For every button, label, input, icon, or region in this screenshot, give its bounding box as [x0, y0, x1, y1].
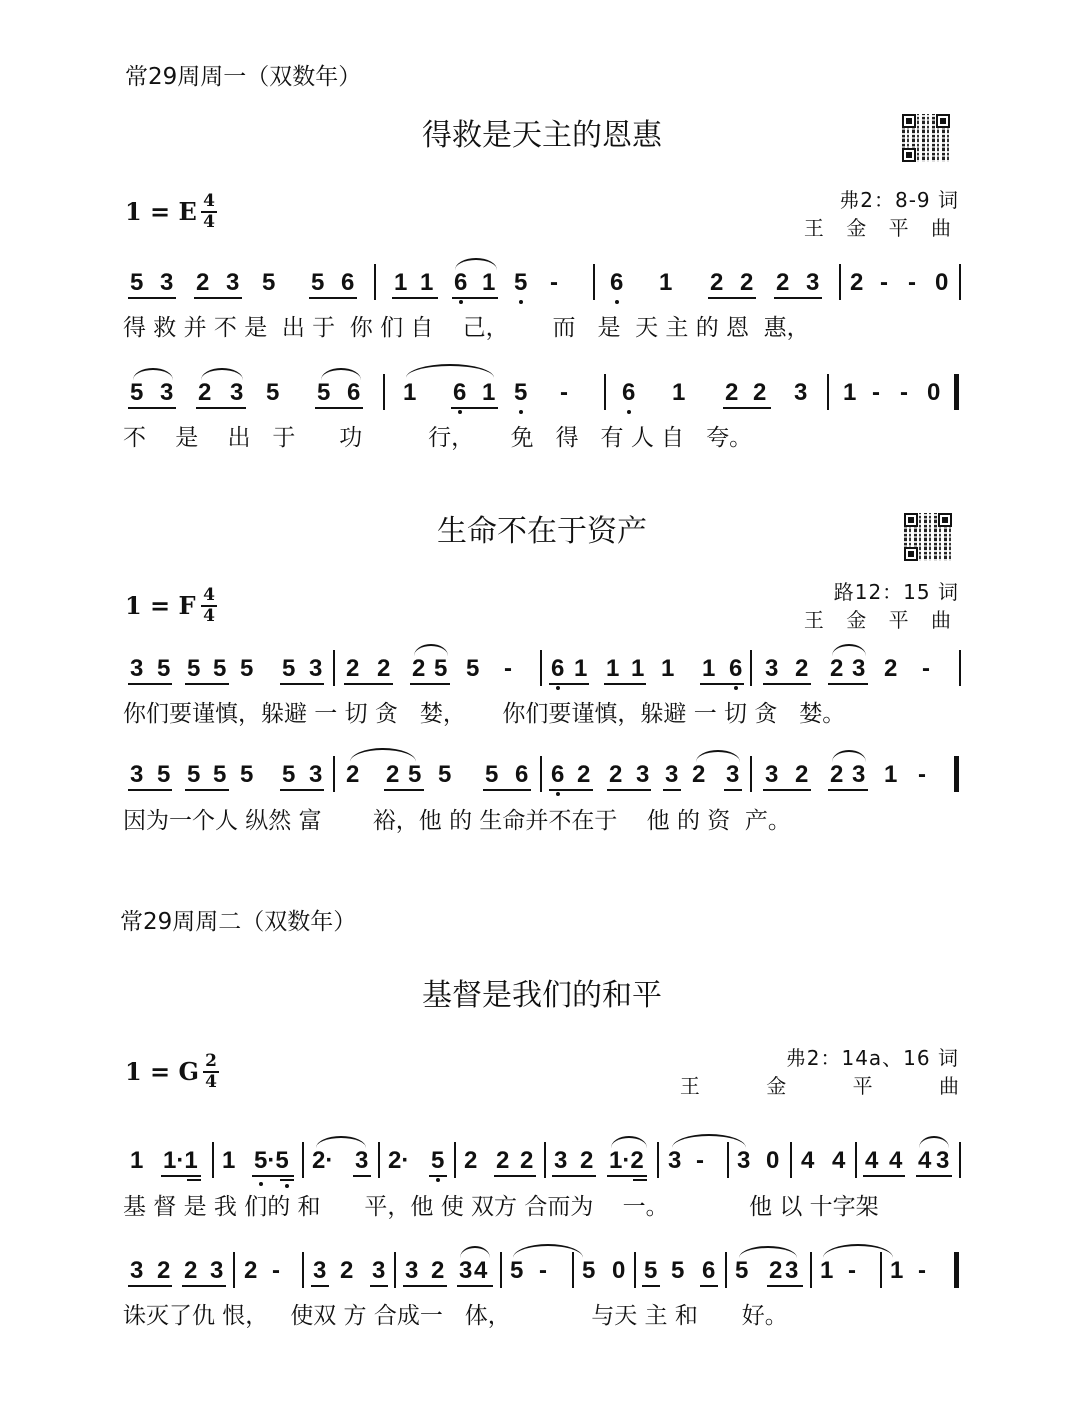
lyrics-line: 不 是 出 于 功 行， 免 得 有 人 自 夸。 — [123, 419, 752, 452]
composer-credit: 王 金 平 曲 — [680, 1070, 989, 1099]
notation-line: 35 55 5 53 2 25 5 56 62 23 3 2 3 32 23 1… — [0, 760, 1084, 804]
key-signature: 1 = E — [125, 197, 197, 226]
lyrics-line: 你们要谨慎，躲避 一 切 贪 婪， 你们要谨慎，躲避 一 切 贪 婪。 — [123, 695, 845, 728]
composer-credit: 王 金 平 曲 — [804, 604, 959, 633]
time-signature: 44 — [201, 587, 217, 625]
week-label: 常29周周二（双数年） — [120, 903, 356, 936]
notation-line: 1 1·1 1 5·5 2· 3 2· 5 2 22 32 1·2 3 - 3 … — [0, 1146, 1084, 1190]
notation-line: 35 55 5 53 22 25 5 - 61 11 1 16 32 23 2 … — [0, 654, 1084, 698]
key-signature: 1 = G — [125, 1057, 199, 1086]
notation-line: 32 23 2- 3 2 3 32 34 5 - 5 0 5 5 6 5 23 … — [0, 1256, 1084, 1300]
time-signature: 44 — [201, 193, 217, 231]
qr-code-icon — [902, 114, 950, 162]
lyricist-credit: 弗2：8-9 词 — [839, 184, 959, 213]
notation-line: 53 23 5 56 1 61 5 - 6 1 22 3 1--0 — [0, 378, 1084, 422]
key-signature: 1 = F — [125, 591, 196, 620]
qr-code-icon — [904, 513, 952, 561]
week-label: 常29周周一（双数年） — [125, 58, 361, 91]
notation-line: 53 23 5 56 11 61 5 - 6 1 22 23 2--0 — [0, 268, 1084, 312]
time-signature: 24 — [203, 1053, 219, 1091]
lyrics-line: 诛灭了仇 恨， 使双 方 合成一 体， 与天 主 和 好。 — [123, 1297, 788, 1330]
lyrics-line: 基 督 是 我 们的 和 平，他 使 双方 合而为 一。 他 以 十字架 — [123, 1188, 879, 1221]
song-title: 基督是我们的和平 — [0, 970, 1084, 1014]
lyricist-credit: 弗2：14a、16 词 — [786, 1042, 959, 1071]
lyrics-line: 得 救 并 不 是 出 于 你 们 自 己， 而 是 天 主 的 恩 惠， — [123, 309, 810, 342]
lyricist-credit: 路12：15 词 — [834, 576, 959, 605]
composer-credit: 王 金 平 曲 — [804, 212, 959, 241]
lyrics-line: 因为一个人 纵然 富 裕，他 的 生命并不在于 他 的 资 产。 — [123, 802, 791, 835]
